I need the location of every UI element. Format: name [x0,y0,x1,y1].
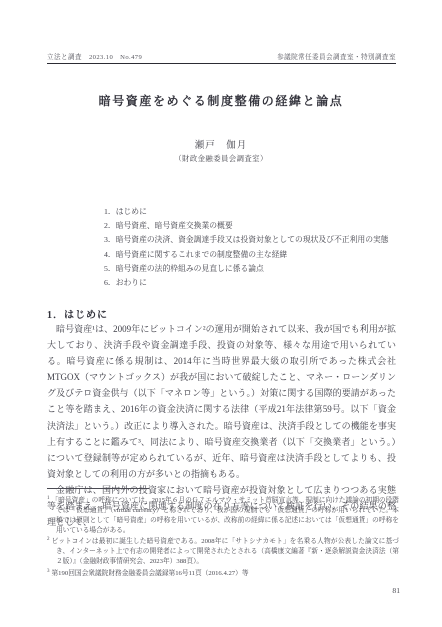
toc-item-2: 2．暗号資産、暗号資産交換業の概要 [104,219,404,233]
footnote-divider [47,488,149,489]
section-1-heading: 1．はじめに [47,306,108,321]
footnote-2: 2ビットコインは最初に誕生した暗号資産である。2008年に「サトシナカモト」を名… [47,535,399,567]
footnote-3-number: 3 [47,569,50,574]
footnotes: 1「暗号資産」の呼称については、2015年６月のＧ７エルマウ・サミット首脳宣言等… [47,494,399,579]
toc-item-3: 3．暗号資産の決済、資金調達手段又は投資対象としての現状及び不正利用の実態 [104,233,404,247]
toc-item-5: 5．暗号資産の法的枠組みの見直しに係る論点 [104,262,404,276]
footnote-2-text: ビットコインは最初に誕生した暗号資産である。2008年に「サトシナカモト」を名乗… [52,539,400,566]
footnote-3: 3第190回国会衆議院財務金融委員会議録第16号11頁（2016.4.27）等 [47,567,399,579]
table-of-contents: 1．はじめに 2．暗号資産、暗号資産交換業の概要 3．暗号資産の決済、資金調達手… [104,205,404,290]
toc-item-1: 1．はじめに [104,205,404,219]
footnote-1: 1「暗号資産」の呼称については、2015年６月のＧ７エルマウ・サミット首脳宣言等… [47,494,399,535]
footnote-3-text: 第190回国会衆議院財務金融委員会議録第16号11頁（2016.4.27）等 [52,570,249,577]
journal-issue-label: 立法と調査 2023.10 No.479 [47,51,142,61]
author-name: 瀬戸 伽月 [0,137,442,151]
publisher-office-label: 参議院常任委員会調査室・特別調査室 [277,51,396,61]
footnote-1-number: 1 [47,496,50,501]
toc-item-4: 4．暗号資産に関するこれまでの制度整備の主な経緯 [104,248,404,262]
header-divider [47,63,396,64]
article-title: 暗号資産をめぐる制度整備の経緯と論点 [0,92,442,109]
journal-page: 立法と調査 2023.10 No.479 参議院常任委員会調査室・特別調査室 暗… [0,0,442,627]
page-header: 立法と調査 2023.10 No.479 参議院常任委員会調査室・特別調査室 [47,51,396,61]
paragraph-1: 暗号資産¹は、2009年にビットコイン²の運用が開始されて以来、我が国でも利用が… [47,321,396,482]
author-affiliation: （財政金融委員会調査室） [0,153,442,164]
footnote-1-text: 「暗号資産」の呼称については、2015年６月のＧ７エルマウ・サミット首脳宣言等、… [52,497,400,533]
page-number: 81 [392,586,400,595]
toc-item-6: 6．おわりに [104,276,404,290]
footnote-2-number: 2 [47,537,50,542]
